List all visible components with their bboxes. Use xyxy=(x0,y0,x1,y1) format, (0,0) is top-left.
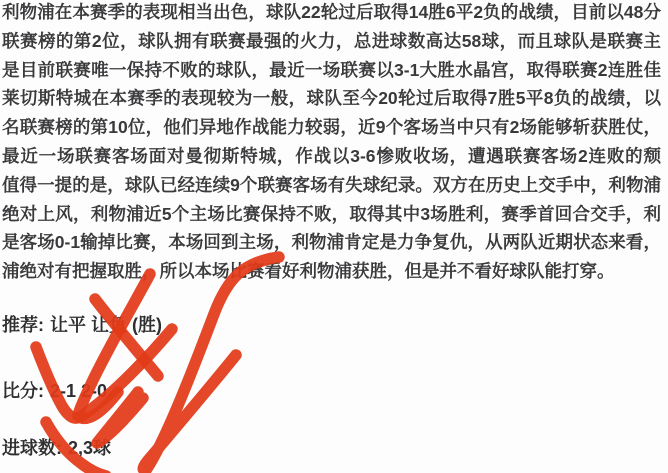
score-value: 2-1 2-0 xyxy=(50,381,107,401)
article-line: 浦绝对有把握取胜，所以本场比赛看好利物浦获胜，但是并不看好球队能打穿。 xyxy=(2,257,661,286)
recommendation-line: 推荐:让平 让负 (胜) xyxy=(2,314,162,336)
recommendation-value: 让平 让负 (胜) xyxy=(50,315,162,335)
article-line: 最近一场联赛客场面对曼彻斯特城，作战以3-6惨败收场，遭遇联赛客场2连败的颓势，… xyxy=(2,142,661,171)
goals-line: 进球数:2,3球 xyxy=(2,437,111,459)
goals-label: 进球数: xyxy=(2,438,62,458)
article-line: 联赛榜的第2位，球队拥有联赛最强的火力，总进球数高达58球，而且球队是联赛主场龙… xyxy=(2,27,661,56)
article-text: 利物浦在本赛季的表现相当出色，球队22轮过后取得14胜6平2负的战绩，目前以48… xyxy=(2,0,661,286)
marker-stroke xyxy=(95,299,158,376)
article-line: 是目前联赛唯一保持不败的球队，最近一场联赛以3-1大胜水晶宫，取得联赛2连胜佳绩… xyxy=(2,56,661,85)
marker-stroke xyxy=(36,329,172,418)
article-line: 是客场0-1输掉比赛，本场回到主场，利物浦肯定是力争复仇，从两队近期状态来看，利… xyxy=(2,228,661,257)
article-line: 绝对上风，利物浦近5个主场比赛保持不败，取得其中3场胜利，赛季首回合交手，利物浦 xyxy=(2,200,661,229)
score-label: 比分: xyxy=(2,381,44,401)
recommendation-label: 推荐: xyxy=(2,315,44,335)
article-line: 值得一提的是，球队已经连续9个联赛客场有失球纪录。双方在历史上交手中，利物浦占据 xyxy=(2,171,661,200)
goals-value: 2,3球 xyxy=(68,438,111,458)
article-line: 利物浦在本赛季的表现相当出色，球队22轮过后取得14胜6平2负的战绩，目前以48… xyxy=(2,0,661,27)
score-line: 比分:2-1 2-0 xyxy=(2,380,107,402)
article-line: 莱切斯特城在本赛季的表现较为一般，球队至今20轮过后取得7胜5平8负的战绩，以2… xyxy=(2,84,661,113)
article-line: 名联赛榜的第10位，他们异地作战能力较弱，近9个客场当中只有2场能够斩获胜仗，其… xyxy=(2,113,661,142)
marker-stroke xyxy=(143,257,279,470)
